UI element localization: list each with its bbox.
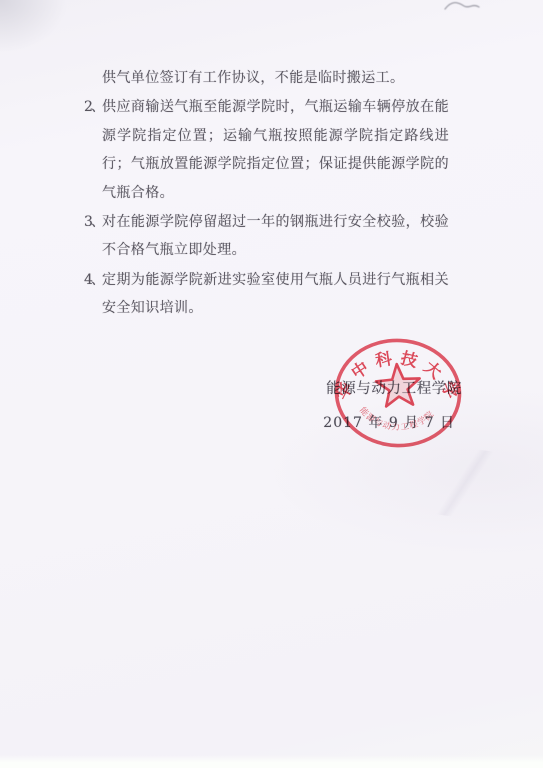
seal-inner-text-wrap: 能源与动力工程学院 <box>356 405 437 435</box>
list-item: 3、 对在能源学院停留超过一年的钢瓶进行安全校验，校验不合格气瓶立即处理。 <box>85 208 449 265</box>
page-bottom-edge <box>0 755 543 768</box>
intro-line: 供气单位签订有工作协议，不能是临时搬运工。 <box>85 64 449 92</box>
pen-mark <box>443 0 483 12</box>
scanned-document-page: 供气单位签订有工作协议，不能是临时搬运工。 2、 供应商输送气瓶至能源学院时，气… <box>0 0 543 768</box>
official-seal-stamp: 华中科技大学 能源与动力工程学院 <box>332 337 464 451</box>
list-item: 2、 供应商输送气瓶至能源学院时，气瓶运输车辆停放在能源学院指定位置；运输气瓶按… <box>85 93 449 207</box>
item-marker: 2、 <box>84 93 108 121</box>
list-item: 4、 定期为能源学院新进实验室使用气瓶人员进行气瓶相关安全知识培训。 <box>85 266 449 323</box>
item-text: 定期为能源学院新进实验室使用气瓶人员进行气瓶相关安全知识培训。 <box>102 272 449 316</box>
seal-inner-text: 能源与动力工程学院 <box>356 405 437 435</box>
intro-line-text: 供气单位签订有工作协议，不能是临时搬运工。 <box>102 70 404 86</box>
item-text: 对在能源学院停留超过一年的钢瓶进行安全校验，校验不合格气瓶立即处理。 <box>102 214 449 258</box>
document-body: 供气单位签订有工作协议，不能是临时搬运工。 2、 供应商输送气瓶至能源学院时，气… <box>85 64 451 323</box>
item-marker: 3、 <box>84 208 108 236</box>
item-marker: 4、 <box>84 266 108 294</box>
item-text: 供应商输送气瓶至能源学院时，气瓶运输车辆停放在能源学院指定位置；运输气瓶按照能源… <box>102 99 449 200</box>
